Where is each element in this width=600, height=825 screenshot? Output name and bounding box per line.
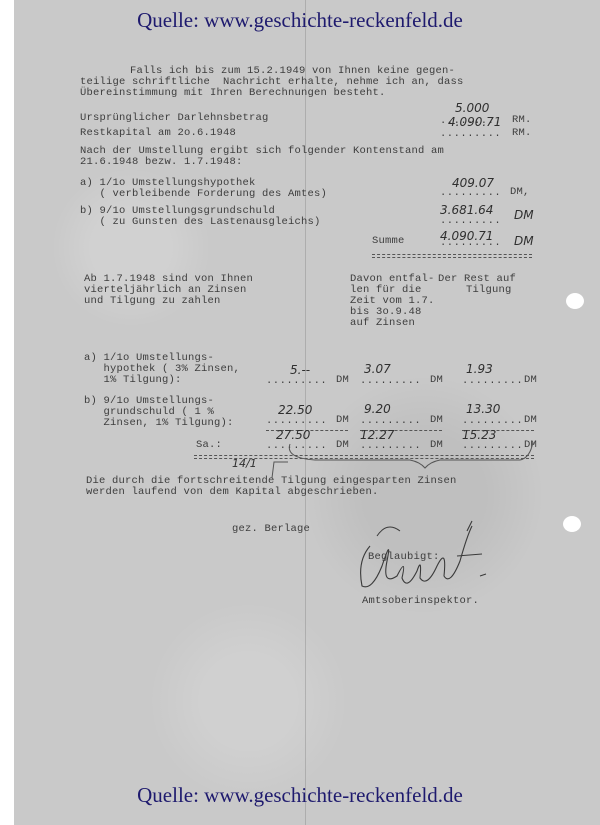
intro-line-3: Übereinstimmung mit Ihren Berechnungen b…	[80, 88, 386, 99]
balance-b-value: 3.681.64	[440, 203, 493, 217]
payment-a-total: 5.--	[290, 363, 310, 377]
payment-b-repayment-currency: DM	[524, 415, 537, 426]
balance-a-currency: DM,	[510, 187, 530, 198]
sum-value: 4.090.71	[440, 229, 493, 243]
interest-header-line-5: auf Zinsen	[350, 318, 415, 329]
quarterly-line-3: und Tilgung zu zahlen	[84, 296, 221, 307]
balance-b-line-2: ( zu Gunsten des Lastenausgleichs)	[80, 217, 321, 228]
signed-by: gez. Berlage	[232, 524, 310, 535]
handwritten-mark: 14/1	[232, 457, 257, 470]
punch-hole	[563, 516, 581, 532]
conversion-line-2: 21.6.1948 bezw. 1.7.1948:	[80, 157, 243, 168]
payment-a-interest: 3.07	[364, 362, 391, 376]
payment-b-repayment-dots: .........	[462, 415, 523, 427]
balance-a-value: 409.07	[452, 176, 494, 190]
sum-label: Summe	[372, 236, 405, 247]
signature	[352, 516, 492, 596]
payment-b-interest: 9.20	[364, 402, 391, 416]
payment-b-total: 22.50	[278, 403, 312, 417]
payment-a-line-3: 1% Tilgung):	[84, 375, 182, 386]
payment-a-interest-currency: DM	[430, 375, 443, 386]
punch-hole	[566, 293, 584, 309]
payment-b-line-3: Zinsen, 1% Tilgung):	[84, 418, 234, 429]
official-title: Amtsoberinspektor.	[362, 596, 479, 607]
remaining-capital-dots: .........	[440, 128, 501, 140]
payment-a-repayment-currency: DM	[524, 375, 537, 386]
closing-line-2: werden laufend von dem Kapital abgeschri…	[86, 487, 379, 498]
payment-a-repayment-dots: .........	[462, 375, 523, 387]
original-loan-label: Ursprünglicher Darlehnsbetrag	[80, 113, 269, 124]
payment-a-total-currency: DM	[336, 375, 349, 386]
payment-b-interest-currency: DM	[430, 415, 443, 426]
payment-a-repayment: 1.93	[466, 362, 493, 376]
balance-a-line-2: ( verbleibende Forderung des Amtes)	[80, 189, 327, 200]
original-loan-value: 5.000	[455, 101, 489, 115]
payment-sum-label: Sa.:	[196, 440, 222, 451]
remaining-capital-label: Restkapital am 2o.6.1948	[80, 128, 236, 139]
remaining-capital-currency: RM.	[512, 128, 532, 139]
payment-a-interest-dots: .........	[360, 375, 421, 387]
payment-b-repayment: 13.30	[466, 402, 500, 416]
original-loan-currency: RM.	[512, 115, 532, 126]
payment-b-interest-dots: .........	[360, 415, 421, 427]
sum-currency: DM	[514, 234, 534, 248]
remaining-capital-value: 4.090.71	[448, 115, 501, 129]
sum-underline	[372, 254, 532, 258]
watermark-top: Quelle: www.geschichte-reckenfeld.de	[0, 8, 600, 33]
repayment-header-line-2: Tilgung	[466, 285, 512, 296]
watermark-bottom: Quelle: www.geschichte-reckenfeld.de	[0, 783, 600, 808]
bracket-mark	[285, 440, 535, 470]
balance-b-currency: DM	[514, 208, 534, 222]
payment-b-total-currency: DM	[336, 415, 349, 426]
